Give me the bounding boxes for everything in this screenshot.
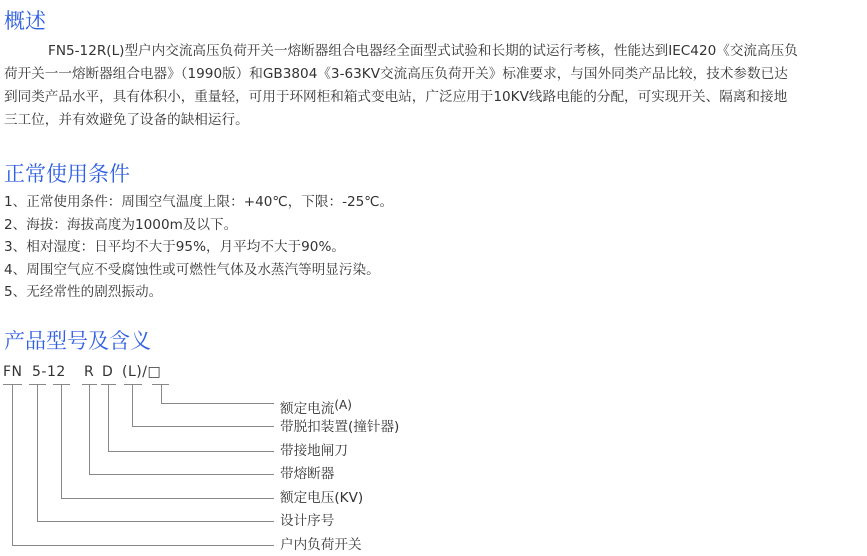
- code-r: R: [84, 363, 94, 381]
- overview-line: FN5-12R(L)型户内交流高压负荷开关一熔断器组合电器经全面型式试验和长期的…: [4, 40, 862, 63]
- model-heading: 产品型号及含义: [4, 329, 151, 353]
- list-item: 5、无经常性的剧烈振动。: [4, 281, 393, 304]
- code-fn: FN: [3, 363, 23, 381]
- code-d: D: [102, 363, 113, 381]
- leader-line: [161, 384, 162, 403]
- meaning-rated-current: 额定电流(A): [280, 396, 352, 418]
- leader-line: [161, 403, 274, 404]
- leader-line: [37, 521, 274, 522]
- list-item: 2、海拔：海拔高度为1000m及以下。: [4, 214, 393, 237]
- leader-line: [89, 384, 90, 474]
- leader-line: [12, 545, 274, 546]
- leader-line: [12, 384, 13, 545]
- leader-line: [132, 426, 274, 427]
- list-item: 3、相对湿度：日平均不大于95%，月平均不大于90%。: [4, 236, 393, 259]
- overview-line: 三工位，并有效避免了设备的缺相运行。: [4, 109, 862, 132]
- leader-line: [89, 474, 274, 475]
- meaning-trip-device: 带脱扣装置(撞针器): [280, 418, 399, 436]
- conditions-list: 1、正常使用条件：周围空气温度上限：+40℃，下限：-25℃。 2、海拔：海拔高…: [4, 191, 393, 304]
- overview-heading: 概述: [4, 9, 46, 33]
- leader-line: [108, 384, 109, 451]
- leader-line: [61, 498, 274, 499]
- leader-line: [37, 384, 38, 521]
- meaning-rated-voltage: 额定电压(KV): [280, 489, 363, 507]
- leader-line: [132, 384, 133, 426]
- overview-line: 到同类产品水平，具有体积小，重量轻，可用于环网柜和箱式变电站，广泛应用于10KV…: [4, 86, 862, 109]
- overview-line: 荷开关一一熔断器组合电器》（1990版）和GB3804《3-63KV交流高压负荷…: [4, 63, 862, 86]
- leader-line: [61, 384, 62, 498]
- code-l-current: (L)/□: [122, 363, 161, 381]
- meaning-design-serial: 设计序号: [280, 512, 334, 530]
- overview-paragraph: FN5-12R(L)型户内交流高压负荷开关一熔断器组合电器经全面型式试验和长期的…: [4, 40, 862, 132]
- list-item: 4、周围空气应不受腐蚀性或可燃性气体及水蒸汽等明显污染。: [4, 259, 393, 282]
- conditions-heading: 正常使用条件: [4, 162, 130, 186]
- underline: [124, 384, 142, 385]
- meaning-indoor-load-switch: 户内负荷开关: [280, 536, 362, 554]
- list-item: 1、正常使用条件：周围空气温度上限：+40℃，下限：-25℃。: [4, 191, 393, 214]
- meaning-fuse: 带熔断器: [280, 465, 334, 483]
- leader-line: [108, 451, 274, 452]
- meaning-earthing-switch: 带接地闸刀: [280, 442, 348, 460]
- code-5-12: 5-12: [32, 363, 66, 381]
